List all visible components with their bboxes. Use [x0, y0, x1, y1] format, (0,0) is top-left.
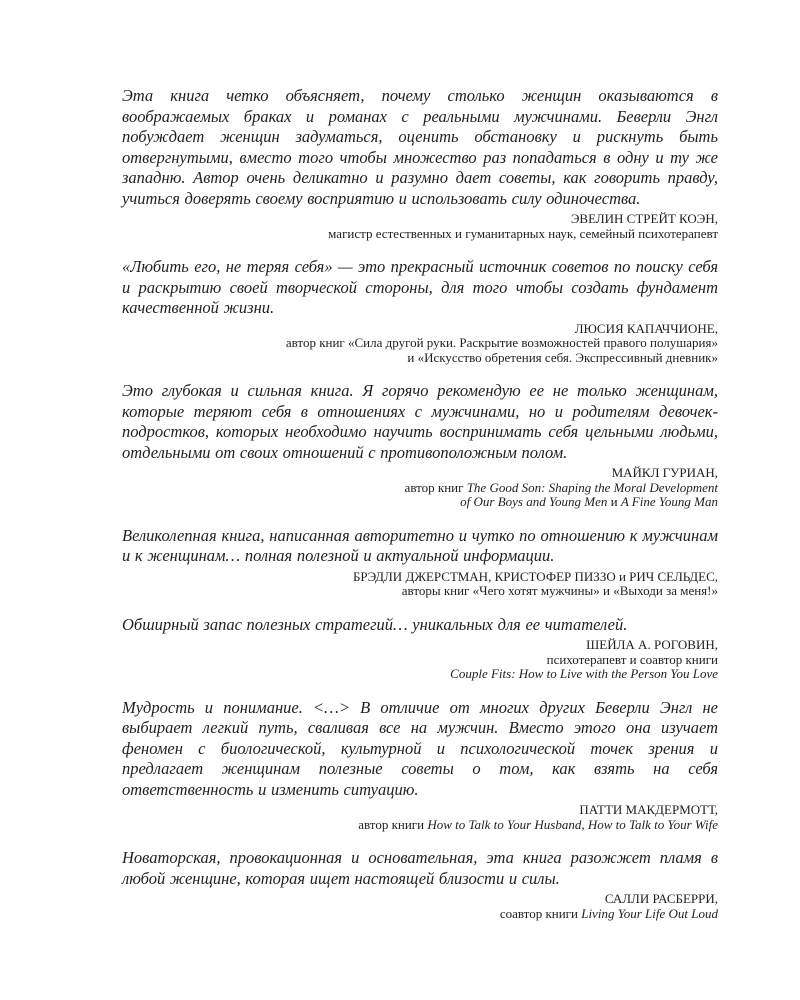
- attribution-role: автор книг «Сила другой руки. Раскрытие …: [122, 336, 718, 351]
- attribution-segment: The Good Son: Shaping the Moral Developm…: [467, 480, 718, 495]
- attribution-role: автор книги How to Talk to Your Husband,…: [122, 818, 718, 833]
- attribution-segment: психотерапевт и соавтор книги: [547, 652, 718, 667]
- testimonials: Эта книга четко объясняет, почему стольк…: [122, 86, 718, 937]
- attribution: ЭВЕЛИН СТРЕЙТ КОЭН,магистр естественных …: [122, 212, 718, 241]
- attribution-role: психотерапевт и соавтор книги: [122, 653, 718, 668]
- book-page: Эта книга четко объясняет, почему стольк…: [0, 0, 800, 1000]
- attribution-segment: A Fine Young Man: [621, 494, 718, 509]
- attribution-role: of Our Boys and Young Men и A Fine Young…: [122, 495, 718, 510]
- attribution-segment: How to Talk to Your Husband, How to Talk…: [427, 817, 718, 832]
- attribution-name: ЛЮСИЯ КАПАЧЧИОНЕ,: [122, 322, 718, 337]
- quote-text: Мудрость и понимание. <…> В отличие от м…: [122, 698, 718, 801]
- attribution-segment: БРЭДЛИ ДЖЕРСТМАН, КРИСТОФЕР ПИЗЗО и РИЧ …: [353, 569, 718, 584]
- attribution-segment: ПАТТИ МАКДЕРМОТТ,: [579, 802, 718, 817]
- attribution-segment: и: [607, 494, 620, 509]
- attribution-role: Couple Fits: How to Live with the Person…: [122, 667, 718, 682]
- testimonial-block: Мудрость и понимание. <…> В отличие от м…: [122, 698, 718, 833]
- attribution-role: и «Искусство обретения себя. Экспрессивн…: [122, 351, 718, 366]
- attribution-segment: ШЕЙЛА А. РОГОВИН,: [586, 637, 718, 652]
- attribution-segment: магистр естественных и гуманитарных наук…: [328, 226, 718, 241]
- attribution-segment: САЛЛИ РАСБЕРРИ,: [605, 891, 718, 906]
- testimonial-block: Эта книга четко объясняет, почему стольк…: [122, 86, 718, 241]
- attribution: ПАТТИ МАКДЕРМОТТ,автор книги How to Talk…: [122, 803, 718, 832]
- attribution-segment: автор книги: [358, 817, 427, 832]
- testimonial-block: «Любить его, не теряя себя» — это прекра…: [122, 257, 718, 365]
- attribution-role: авторы книг «Чего хотят мужчины» и «Выхо…: [122, 584, 718, 599]
- attribution-name: САЛЛИ РАСБЕРРИ,: [122, 892, 718, 907]
- attribution-segment: ЛЮСИЯ КАПАЧЧИОНЕ,: [575, 321, 718, 336]
- attribution: БРЭДЛИ ДЖЕРСТМАН, КРИСТОФЕР ПИЗЗО и РИЧ …: [122, 570, 718, 599]
- attribution-segment: of Our Boys and Young Men: [460, 494, 607, 509]
- quote-text: Это глубокая и сильная книга. Я горячо р…: [122, 381, 718, 463]
- attribution: САЛЛИ РАСБЕРРИ,соавтор книги Living Your…: [122, 892, 718, 921]
- quote-text: Эта книга четко объясняет, почему стольк…: [122, 86, 718, 209]
- attribution-name: ПАТТИ МАКДЕРМОТТ,: [122, 803, 718, 818]
- attribution-name: ЭВЕЛИН СТРЕЙТ КОЭН,: [122, 212, 718, 227]
- quote-text: «Любить его, не теряя себя» — это прекра…: [122, 257, 718, 319]
- attribution-segment: авторы книг «Чего хотят мужчины» и «Выхо…: [402, 583, 718, 598]
- testimonial-block: Новаторская, провокационная и основатель…: [122, 848, 718, 921]
- attribution-segment: автор книг «Сила другой руки. Раскрытие …: [286, 335, 718, 350]
- attribution-segment: Living Your Life Out Loud: [581, 906, 718, 921]
- attribution-name: БРЭДЛИ ДЖЕРСТМАН, КРИСТОФЕР ПИЗЗО и РИЧ …: [122, 570, 718, 585]
- attribution-name: МАЙКЛ ГУРИАН,: [122, 466, 718, 481]
- attribution-name: ШЕЙЛА А. РОГОВИН,: [122, 638, 718, 653]
- attribution-segment: автор книг: [405, 480, 467, 495]
- quote-text: Великолепная книга, написанная авторитет…: [122, 526, 718, 567]
- attribution: ЛЮСИЯ КАПАЧЧИОНЕ,автор книг «Сила другой…: [122, 322, 718, 366]
- quote-text: Обширный запас полезных стратегий… уника…: [122, 615, 718, 636]
- attribution-segment: ЭВЕЛИН СТРЕЙТ КОЭН,: [571, 211, 718, 226]
- attribution: ШЕЙЛА А. РОГОВИН,психотерапевт и соавтор…: [122, 638, 718, 682]
- attribution-role: соавтор книги Living Your Life Out Loud: [122, 907, 718, 922]
- testimonial-block: Обширный запас полезных стратегий… уника…: [122, 615, 718, 682]
- testimonial-block: Великолепная книга, написанная авторитет…: [122, 526, 718, 599]
- attribution-segment: соавтор книги: [500, 906, 581, 921]
- quote-text: Новаторская, провокационная и основатель…: [122, 848, 718, 889]
- attribution-segment: Couple Fits: How to Live with the Person…: [450, 666, 718, 681]
- testimonial-block: Это глубокая и сильная книга. Я горячо р…: [122, 381, 718, 510]
- attribution-role: автор книг The Good Son: Shaping the Mor…: [122, 481, 718, 496]
- attribution: МАЙКЛ ГУРИАН,автор книг The Good Son: Sh…: [122, 466, 718, 510]
- attribution-segment: МАЙКЛ ГУРИАН,: [612, 465, 718, 480]
- attribution-segment: и «Искусство обретения себя. Экспрессивн…: [407, 350, 718, 365]
- attribution-role: магистр естественных и гуманитарных наук…: [122, 227, 718, 242]
